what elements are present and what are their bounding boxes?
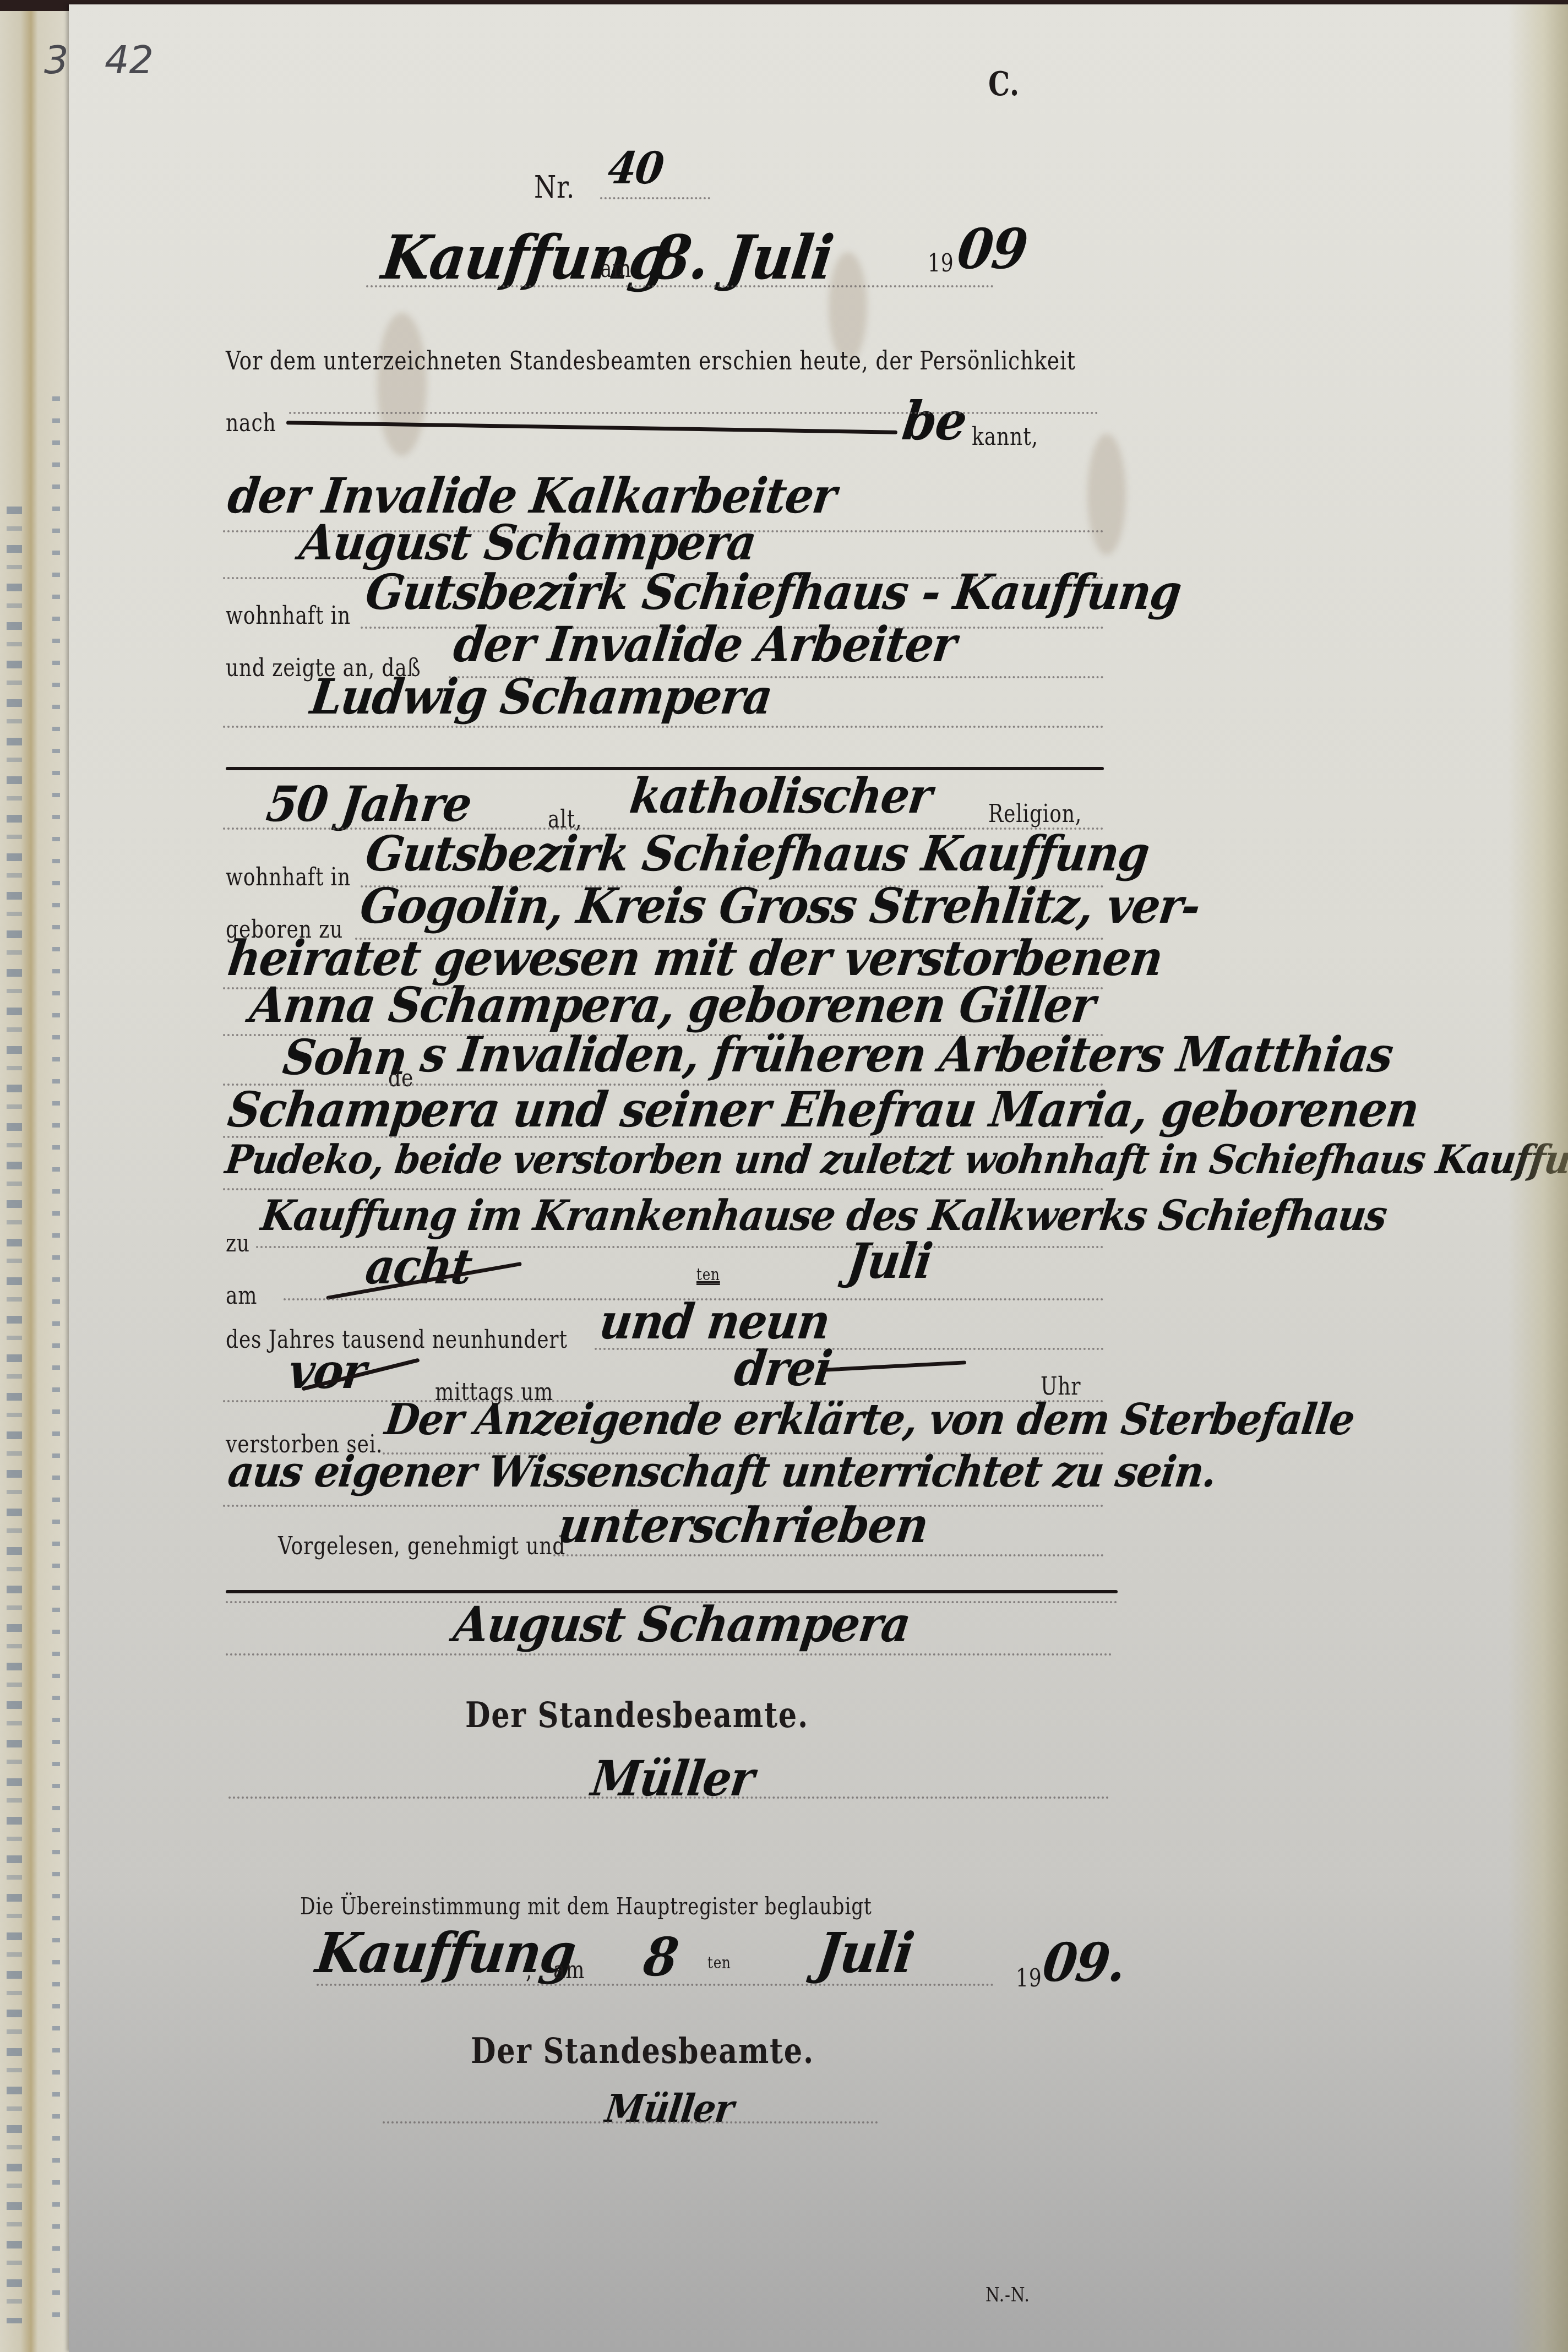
stain <box>1087 434 1126 555</box>
religion-value: katholischer <box>627 767 935 824</box>
deceased-occupation: der Invalide Arbeiter <box>450 616 959 673</box>
vor-value: vor <box>285 1342 369 1400</box>
dotted-line <box>600 197 710 199</box>
nach-label: nach <box>226 409 276 437</box>
header-am-label: am <box>600 255 631 283</box>
header-year-prefix: 19 <box>928 249 954 277</box>
entry-number: 40 <box>605 142 666 194</box>
dotted-line <box>228 1796 1109 1799</box>
remark-line2: aus eigener Wissenschaft unterrichtet zu… <box>225 1447 1219 1497</box>
wohnhaft2-label: wohnhaft in <box>226 863 351 891</box>
certification-am-label: am <box>553 1956 585 1984</box>
certification-official-title: Der Standesbeamte. <box>471 2030 814 2072</box>
ink-bleed <box>7 507 22 2323</box>
birthplace: Gogolin, Kreis Gross Strehlitz, ver- <box>357 877 1203 934</box>
official-title: Der Standesbeamte. <box>465 1695 809 1736</box>
bekannt-print: kannt, <box>972 423 1038 451</box>
religion-label: Religion, <box>988 800 1082 828</box>
deceased-age: 50 Jahre <box>263 775 474 832</box>
parents-line3: Pudeko, beide verstorben und zuletzt woh… <box>223 1136 1568 1183</box>
remark-line1: Der Anzeigende erklärte, von dem Sterbef… <box>382 1395 1357 1445</box>
entry-number-label: Nr. <box>534 170 575 205</box>
certification-place: Kauffung <box>312 1920 579 1985</box>
ink-bleed <box>52 396 60 2323</box>
informant-signature: August Schampera <box>450 1596 913 1653</box>
certification-day: 8 <box>640 1926 681 1988</box>
register-letter: C. <box>988 65 1020 104</box>
dotted-line <box>366 285 994 287</box>
parents-line1: s Invaliden, früheren Arbeiters Matthias <box>417 1026 1396 1083</box>
section-rule <box>226 1590 1118 1593</box>
dotted-line <box>289 412 1098 414</box>
binding-strip-previous-page <box>0 11 69 2352</box>
pencil-number-right: 42 <box>105 37 154 83</box>
certification-year-prefix: 19 <box>1016 1964 1042 1992</box>
pencil-number-left: 3 <box>44 37 69 83</box>
register-page: 3 42 C. Nr. 40 Kauffung am 8. Juli 19 09… <box>69 4 1568 2352</box>
dotted-line <box>226 1653 1112 1656</box>
strike-line <box>286 421 897 434</box>
informant-name: August Schampera <box>296 514 759 571</box>
dotted-line <box>317 1984 994 1986</box>
dotted-line <box>553 1554 1104 1556</box>
intro-text: Vor dem unterzeichneten Standesbeamten e… <box>226 346 1076 375</box>
certification-year-suffix: 09. <box>1039 1931 1129 1994</box>
jahres-label: des Jahres tausend neunhundert <box>226 1326 568 1354</box>
dotted-line <box>223 1188 1104 1190</box>
certification-ten-label: ten <box>707 1953 731 1973</box>
certification-official-signature: Müller <box>603 2086 736 2131</box>
vorgelesen-label: Vorgelesen, genehmigt und <box>278 1532 565 1560</box>
ten-label: ten <box>696 1265 720 1284</box>
wohnhaft-label: wohnhaft in <box>226 602 351 630</box>
informant-residence: Gutsbezirk Schiefhaus - Kauffung <box>362 563 1184 620</box>
zu-label: zu <box>226 1229 250 1257</box>
deceased-residence: Gutsbezirk Schiefhaus Kauffung <box>362 825 1152 882</box>
parents-line2: Schampera und seiner Ehefrau Maria, gebo… <box>225 1081 1422 1138</box>
header-date: 8. Juli <box>648 222 837 293</box>
flourish-line <box>823 1360 966 1372</box>
certification-comma: , <box>526 1956 532 1984</box>
header-year-suffix: 09 <box>954 216 1031 281</box>
dotted-line <box>383 2121 878 2124</box>
am-label: am <box>226 1282 257 1310</box>
death-hour: drei <box>731 1340 835 1397</box>
certification-month: Juli <box>813 1920 917 1985</box>
death-month: Juli <box>844 1232 935 1289</box>
stain <box>377 313 427 456</box>
dotted-line <box>223 726 1104 728</box>
dotted-line <box>595 1348 1104 1350</box>
bekannt-hand: be <box>899 390 970 452</box>
death-place: Kauffung im Krankenhause des Kalkwerks S… <box>258 1191 1389 1240</box>
deceased-name: Ludwig Schampera <box>307 668 775 725</box>
unterschrieben-value: unterschrieben <box>555 1496 931 1554</box>
footer-mark: N.-N. <box>986 2284 1030 2306</box>
certification-text: Die Übereinstimmung mit dem Hauptregiste… <box>300 1893 872 1920</box>
spouse-line: Anna Schampera, geborenen Giller <box>247 976 1098 1033</box>
